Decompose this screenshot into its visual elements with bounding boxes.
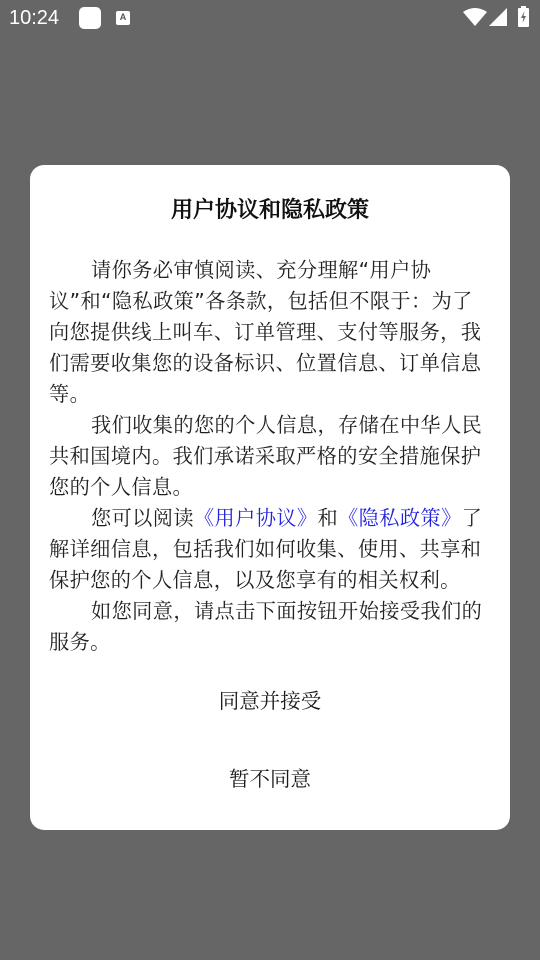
decline-button[interactable]: 暂不同意	[30, 749, 510, 809]
paragraph-data-collection: 请你务必审慎阅读、充分理解“用户协议”和“隐私政策”各条款，包括但不限于：为了向…	[49, 255, 493, 410]
user-agreement-link[interactable]: 《用户协议》	[194, 506, 318, 530]
read-prefix-text: 您可以阅读	[91, 506, 194, 530]
paragraph-read-policies: 您可以阅读《用户协议》和《隐私政策》了解详细信息，包括我们如何收集、使用、共享和…	[49, 503, 493, 596]
status-time: 10:24	[9, 6, 59, 30]
paragraph-data-storage: 我们收集的您的个人信息，存储在中华人民共和国境内。我们承诺采取严格的安全措施保护…	[49, 410, 493, 503]
privacy-consent-dialog: 用户协议和隐私政策 请你务必审慎阅读、充分理解“用户协议”和“隐私政策”各条款，…	[30, 165, 510, 830]
dialog-title: 用户协议和隐私政策	[30, 196, 510, 226]
wifi-icon	[463, 8, 487, 26]
agree-button[interactable]: 同意并接受	[30, 671, 510, 731]
app-square-icon	[79, 7, 101, 29]
paragraph-consent-instruction: 如您同意，请点击下面按钮开始接受我们的服务。	[49, 596, 493, 658]
cellular-signal-icon	[489, 8, 507, 26]
keyboard-a-icon: A	[116, 11, 130, 25]
privacy-policy-link[interactable]: 《隐私政策》	[338, 506, 462, 530]
dialog-body: 请你务必审慎阅读、充分理解“用户协议”和“隐私政策”各条款，包括但不限于：为了向…	[49, 255, 493, 658]
status-bar: 10:24 A	[0, 0, 540, 36]
battery-charging-icon	[518, 6, 529, 27]
and-text: 和	[317, 506, 338, 530]
